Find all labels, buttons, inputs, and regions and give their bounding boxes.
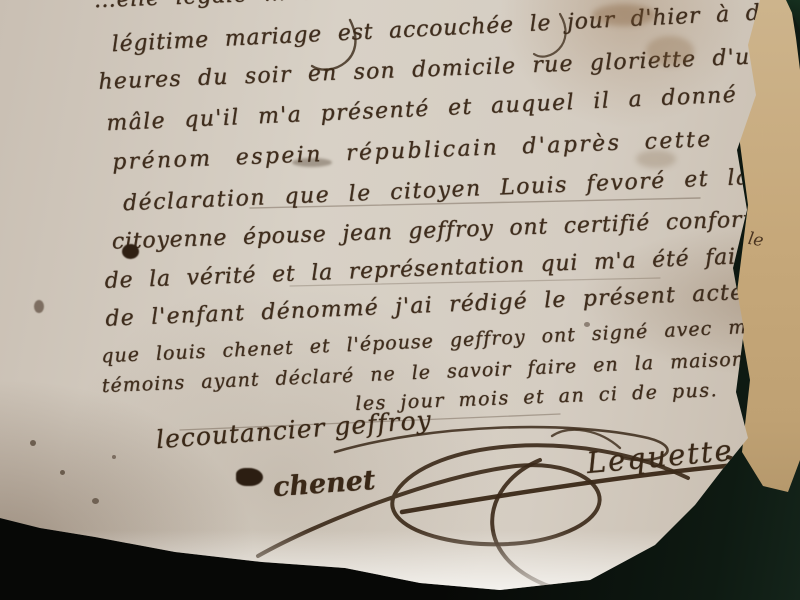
ink-blot [742, 500, 764, 516]
cutoff-top-line: …elle légale … demeurant … fau… [93, 0, 546, 13]
manuscript-sheet: …elle légale … demeurant … fau… légitime… [0, 0, 800, 600]
manuscript-photo: …elle légale … demeurant … fau… légitime… [0, 0, 800, 600]
edge-text-fragment: le [747, 229, 765, 251]
handwritten-text-block: …elle légale … demeurant … fau… légitime… [0, 0, 800, 600]
signature-geffroy: lecoutancier geffroy [155, 405, 433, 454]
text-line: déclaration que le citoyen Louis fevoré … [123, 165, 752, 216]
signature-chenet: chenet [272, 465, 377, 503]
signature-lequette: Lequette [585, 433, 735, 480]
text-line: prénom espein républicain d'après cette [112, 127, 713, 175]
